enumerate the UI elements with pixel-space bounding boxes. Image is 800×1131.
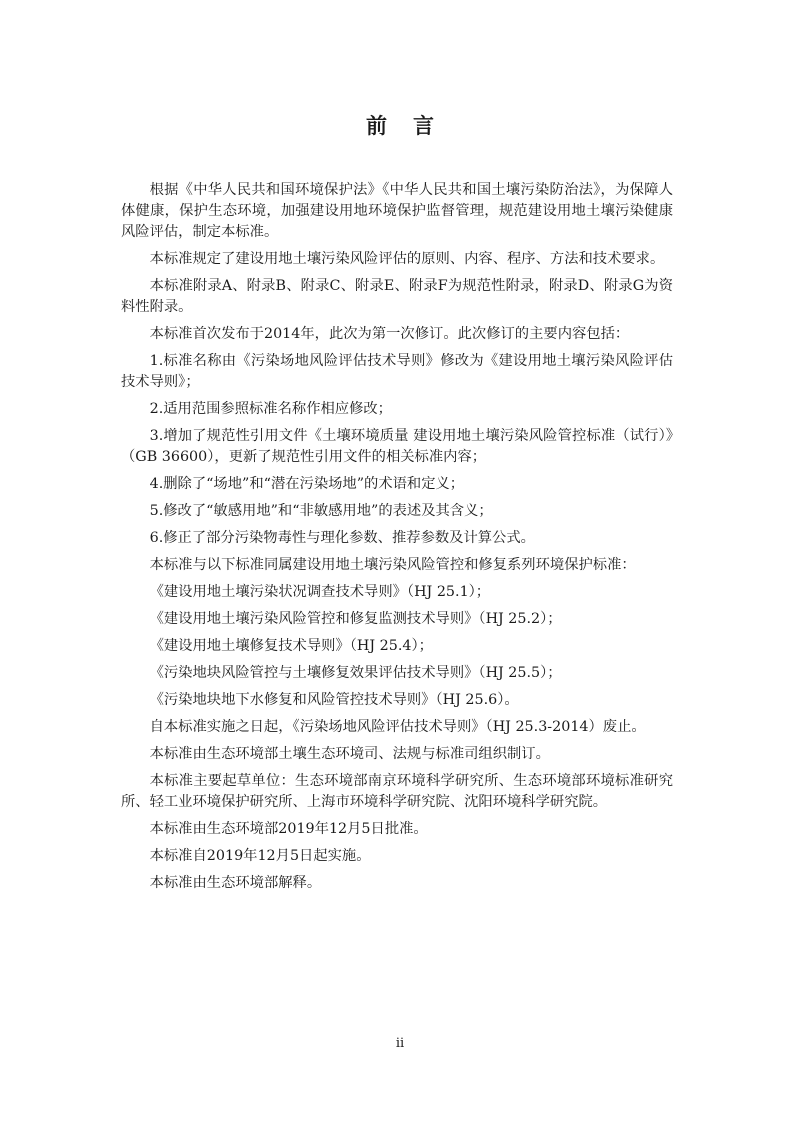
page-number: ii bbox=[0, 1036, 800, 1051]
related-standard: 《建设用地土壤修复技术导则》（HJ 25.4）； bbox=[121, 636, 673, 657]
paragraph: 本标准由生态环境部解释。 bbox=[121, 873, 673, 894]
related-standard: 《建设用地土壤污染状况调查技术导则》（HJ 25.1）； bbox=[121, 582, 673, 603]
related-standard: 《污染地块风险管控与土壤修复效果评估技术导则》（HJ 25.5）； bbox=[121, 663, 673, 684]
paragraph: 根据《中华人民共和国环境保护法》《中华人民共和国土壤污染防治法》，为保障人体健康… bbox=[121, 180, 673, 243]
paragraph: 本标准自2019年12月5日起实施。 bbox=[121, 846, 673, 867]
document-page: 前言 根据《中华人民共和国环境保护法》《中华人民共和国土壤污染防治法》，为保障人… bbox=[0, 0, 800, 1131]
revision-item: 6.修正了部分污染物毒性与理化参数、推荐参数及计算公式。 bbox=[121, 528, 673, 549]
revision-item: 5.修改了“敏感用地”和“非敏感用地”的表述及其含义； bbox=[121, 501, 673, 522]
related-standard: 《建设用地土壤污染风险管控和修复监测技术导则》（HJ 25.2）； bbox=[121, 609, 673, 630]
paragraph: 本标准与以下标准同属建设用地土壤污染风险管控和修复系列环境保护标准： bbox=[121, 555, 673, 576]
revision-item: 2.适用范围参照标准名称作相应修改； bbox=[121, 399, 673, 420]
revision-item: 1.标准名称由《污染场地风险评估技术导则》修改为《建设用地土壤污染风险评估技术导… bbox=[121, 351, 673, 393]
revision-item: 3.增加了规范性引用文件《土壤环境质量 建设用地土壤污染风险管控标准（试行）》（… bbox=[121, 426, 673, 468]
paragraph: 本标准由生态环境部2019年12月5日批准。 bbox=[121, 819, 673, 840]
paragraph: 本标准规定了建设用地土壤污染风险评估的原则、内容、程序、方法和技术要求。 bbox=[121, 249, 673, 270]
paragraph: 本标准首次发布于2014年，此次为第一次修订。此次修订的主要内容包括： bbox=[121, 324, 673, 345]
paragraph: 自本标准实施之日起，《污染场地风险评估技术导则》（HJ 25.3-2014）废止… bbox=[121, 717, 673, 738]
revision-item: 4.删除了“场地”和“潜在污染场地”的术语和定义； bbox=[121, 474, 673, 495]
preface-body: 根据《中华人民共和国环境保护法》《中华人民共和国土壤污染防治法》，为保障人体健康… bbox=[121, 180, 673, 900]
paragraph: 本标准由生态环境部土壤生态环境司、法规与标准司组织制订。 bbox=[121, 744, 673, 765]
page-title: 前言 bbox=[0, 110, 800, 140]
paragraph: 本标准附录A、附录B、附录C、附录E、附录F为规范性附录，附录D、附录G为资料性… bbox=[121, 276, 673, 318]
paragraph: 本标准主要起草单位：生态环境部南京环境科学研究所、生态环境部环境标准研究所、轻工… bbox=[121, 771, 673, 813]
related-standard: 《污染地块地下水修复和风险管控技术导则》（HJ 25.6）。 bbox=[121, 690, 673, 711]
